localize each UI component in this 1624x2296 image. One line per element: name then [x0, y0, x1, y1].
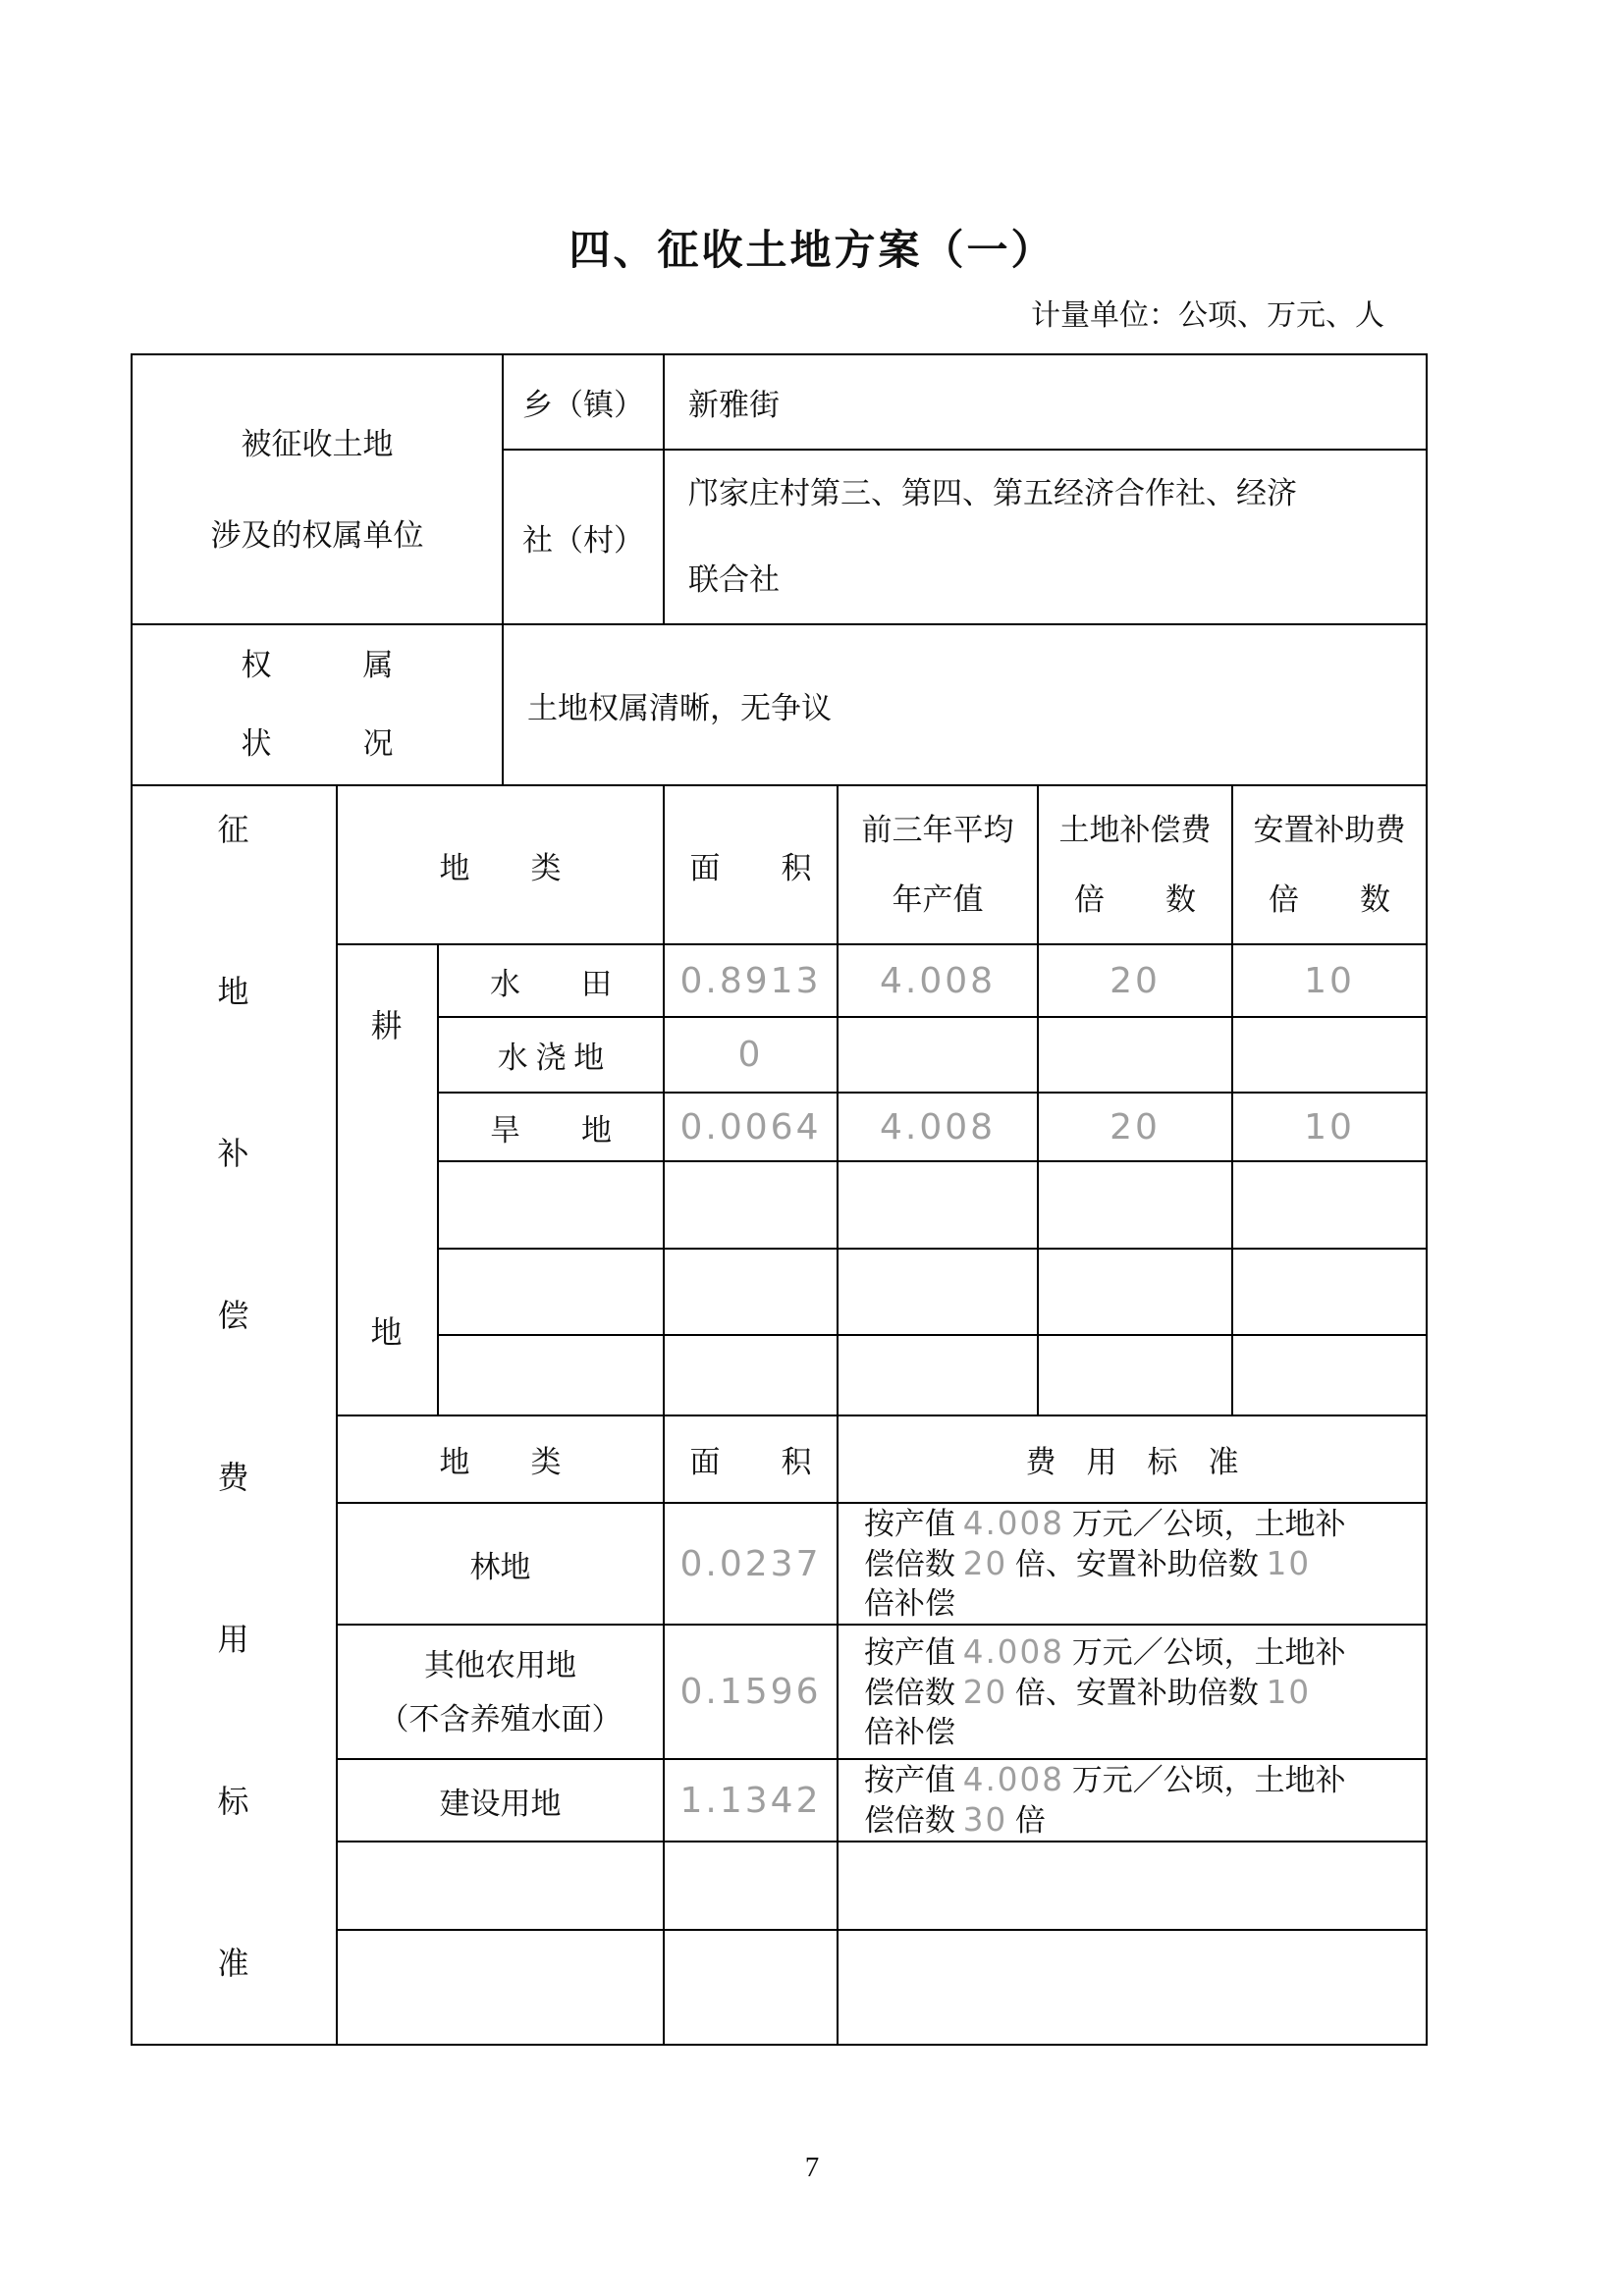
- village-value-cell: 邝家庄村第三、第四、第五经济合作社、经济 联合社: [664, 450, 1427, 624]
- header1-resettle-multiple: 安置补助费 倍 数: [1232, 785, 1427, 944]
- document-page: 四、征收土地方案（一） 计量单位：公项、万元、人 被征收土地 涉及的权属单位 乡…: [0, 0, 1624, 2296]
- header2-fee-standard: 费 用 标 准: [838, 1415, 1427, 1503]
- tenure-label-line1: 权 属: [133, 626, 502, 705]
- crop-row-land-multiple: 20: [1038, 1093, 1232, 1161]
- crop-row-name: 水 田: [438, 944, 664, 1017]
- fee-row-name: 其他农用地 （不含养殖水面）: [337, 1625, 664, 1759]
- cultivated-vertical-label: 耕 地: [336, 933, 437, 1392]
- village-label-cell: 社（村）: [503, 450, 664, 624]
- crop-row-value: 4.008: [838, 1093, 1038, 1161]
- crop-row-value: 4.008: [838, 944, 1038, 1017]
- village-value-line2: 联合社: [688, 537, 1426, 623]
- page-title: 四、征收土地方案（一）: [0, 218, 1624, 277]
- ownership-label-line2: 涉及的权属单位: [133, 490, 502, 581]
- fee-row-area: 0.1596: [664, 1625, 838, 1759]
- crop-row-land-multiple: 20: [1038, 944, 1232, 1017]
- ownership-label-line1: 被征收土地: [133, 399, 502, 490]
- tenure-value-cell: 土地权属清晰，无争议: [503, 624, 1427, 785]
- tenure-label-cell: 权 属 状 况: [132, 624, 503, 785]
- fee-row-name: [337, 1842, 664, 1930]
- fee-row-standard: 按产值 4.008 万元／公顷，土地补 偿倍数 30 倍: [838, 1759, 1427, 1842]
- header1-land-type: 地 类: [337, 785, 664, 944]
- fee-row-standard: 按产值 4.008 万元／公顷，土地补 偿倍数 20 倍、安置补助倍数 10 倍…: [838, 1625, 1427, 1759]
- fee-row-area: [664, 1842, 838, 1930]
- measurement-unit-note: 计量单位：公项、万元、人: [131, 291, 1426, 334]
- crop-row-area: 0.8913: [664, 944, 838, 1017]
- crop-row-area: 0: [664, 1017, 838, 1093]
- fee-row-name: 建设用地: [337, 1759, 664, 1842]
- crop-row-land-multiple: [1038, 1017, 1232, 1093]
- ownership-label-cell: 被征收土地 涉及的权属单位: [132, 354, 503, 624]
- township-label-cell: 乡（镇）: [503, 354, 664, 450]
- fee-row-area: 1.1342: [664, 1759, 838, 1842]
- header1-area: 面 积: [664, 785, 838, 944]
- header1-avg-output: 前三年平均 年产值: [838, 785, 1038, 944]
- crop-row-name: 旱 地: [438, 1093, 664, 1161]
- side-vertical-label: 征 地 补 偿 费 用 标 准: [131, 775, 336, 1998]
- crop-row-name: 水 浇 地: [438, 1017, 664, 1093]
- crop-row-value: [838, 1017, 1038, 1093]
- crop-row-resettle-multiple: 10: [1232, 944, 1427, 1017]
- fee-row-area: [664, 1930, 838, 2045]
- crop-row-resettle-multiple: [1232, 1017, 1427, 1093]
- header1-land-comp-multiple: 土地补偿费 倍 数: [1038, 785, 1232, 944]
- fee-row-standard: [838, 1842, 1427, 1930]
- crop-row-area: 0.0064: [664, 1093, 838, 1161]
- fee-row-standard: 按产值 4.008 万元／公顷，土地补 偿倍数 20 倍、安置补助倍数 10 倍…: [838, 1503, 1427, 1625]
- tenure-label-line2: 状 况: [133, 705, 502, 783]
- header2-land-type: 地 类: [337, 1415, 664, 1503]
- fee-row-name: [337, 1930, 664, 2045]
- header2-area: 面 积: [664, 1415, 838, 1503]
- crop-row-name: [438, 1335, 664, 1415]
- fee-row-standard: [838, 1930, 1427, 2045]
- crop-row-resettle-multiple: 10: [1232, 1093, 1427, 1161]
- township-value-cell: 新雅街: [664, 354, 1427, 450]
- village-value-line1: 邝家庄村第三、第四、第五经济合作社、经济: [688, 451, 1426, 537]
- fee-row-name: 林地: [337, 1503, 664, 1625]
- fee-row-area: 0.0237: [664, 1503, 838, 1625]
- crop-row-name: [438, 1249, 664, 1335]
- page-number: 7: [0, 2152, 1624, 2184]
- crop-row-name: [438, 1161, 664, 1249]
